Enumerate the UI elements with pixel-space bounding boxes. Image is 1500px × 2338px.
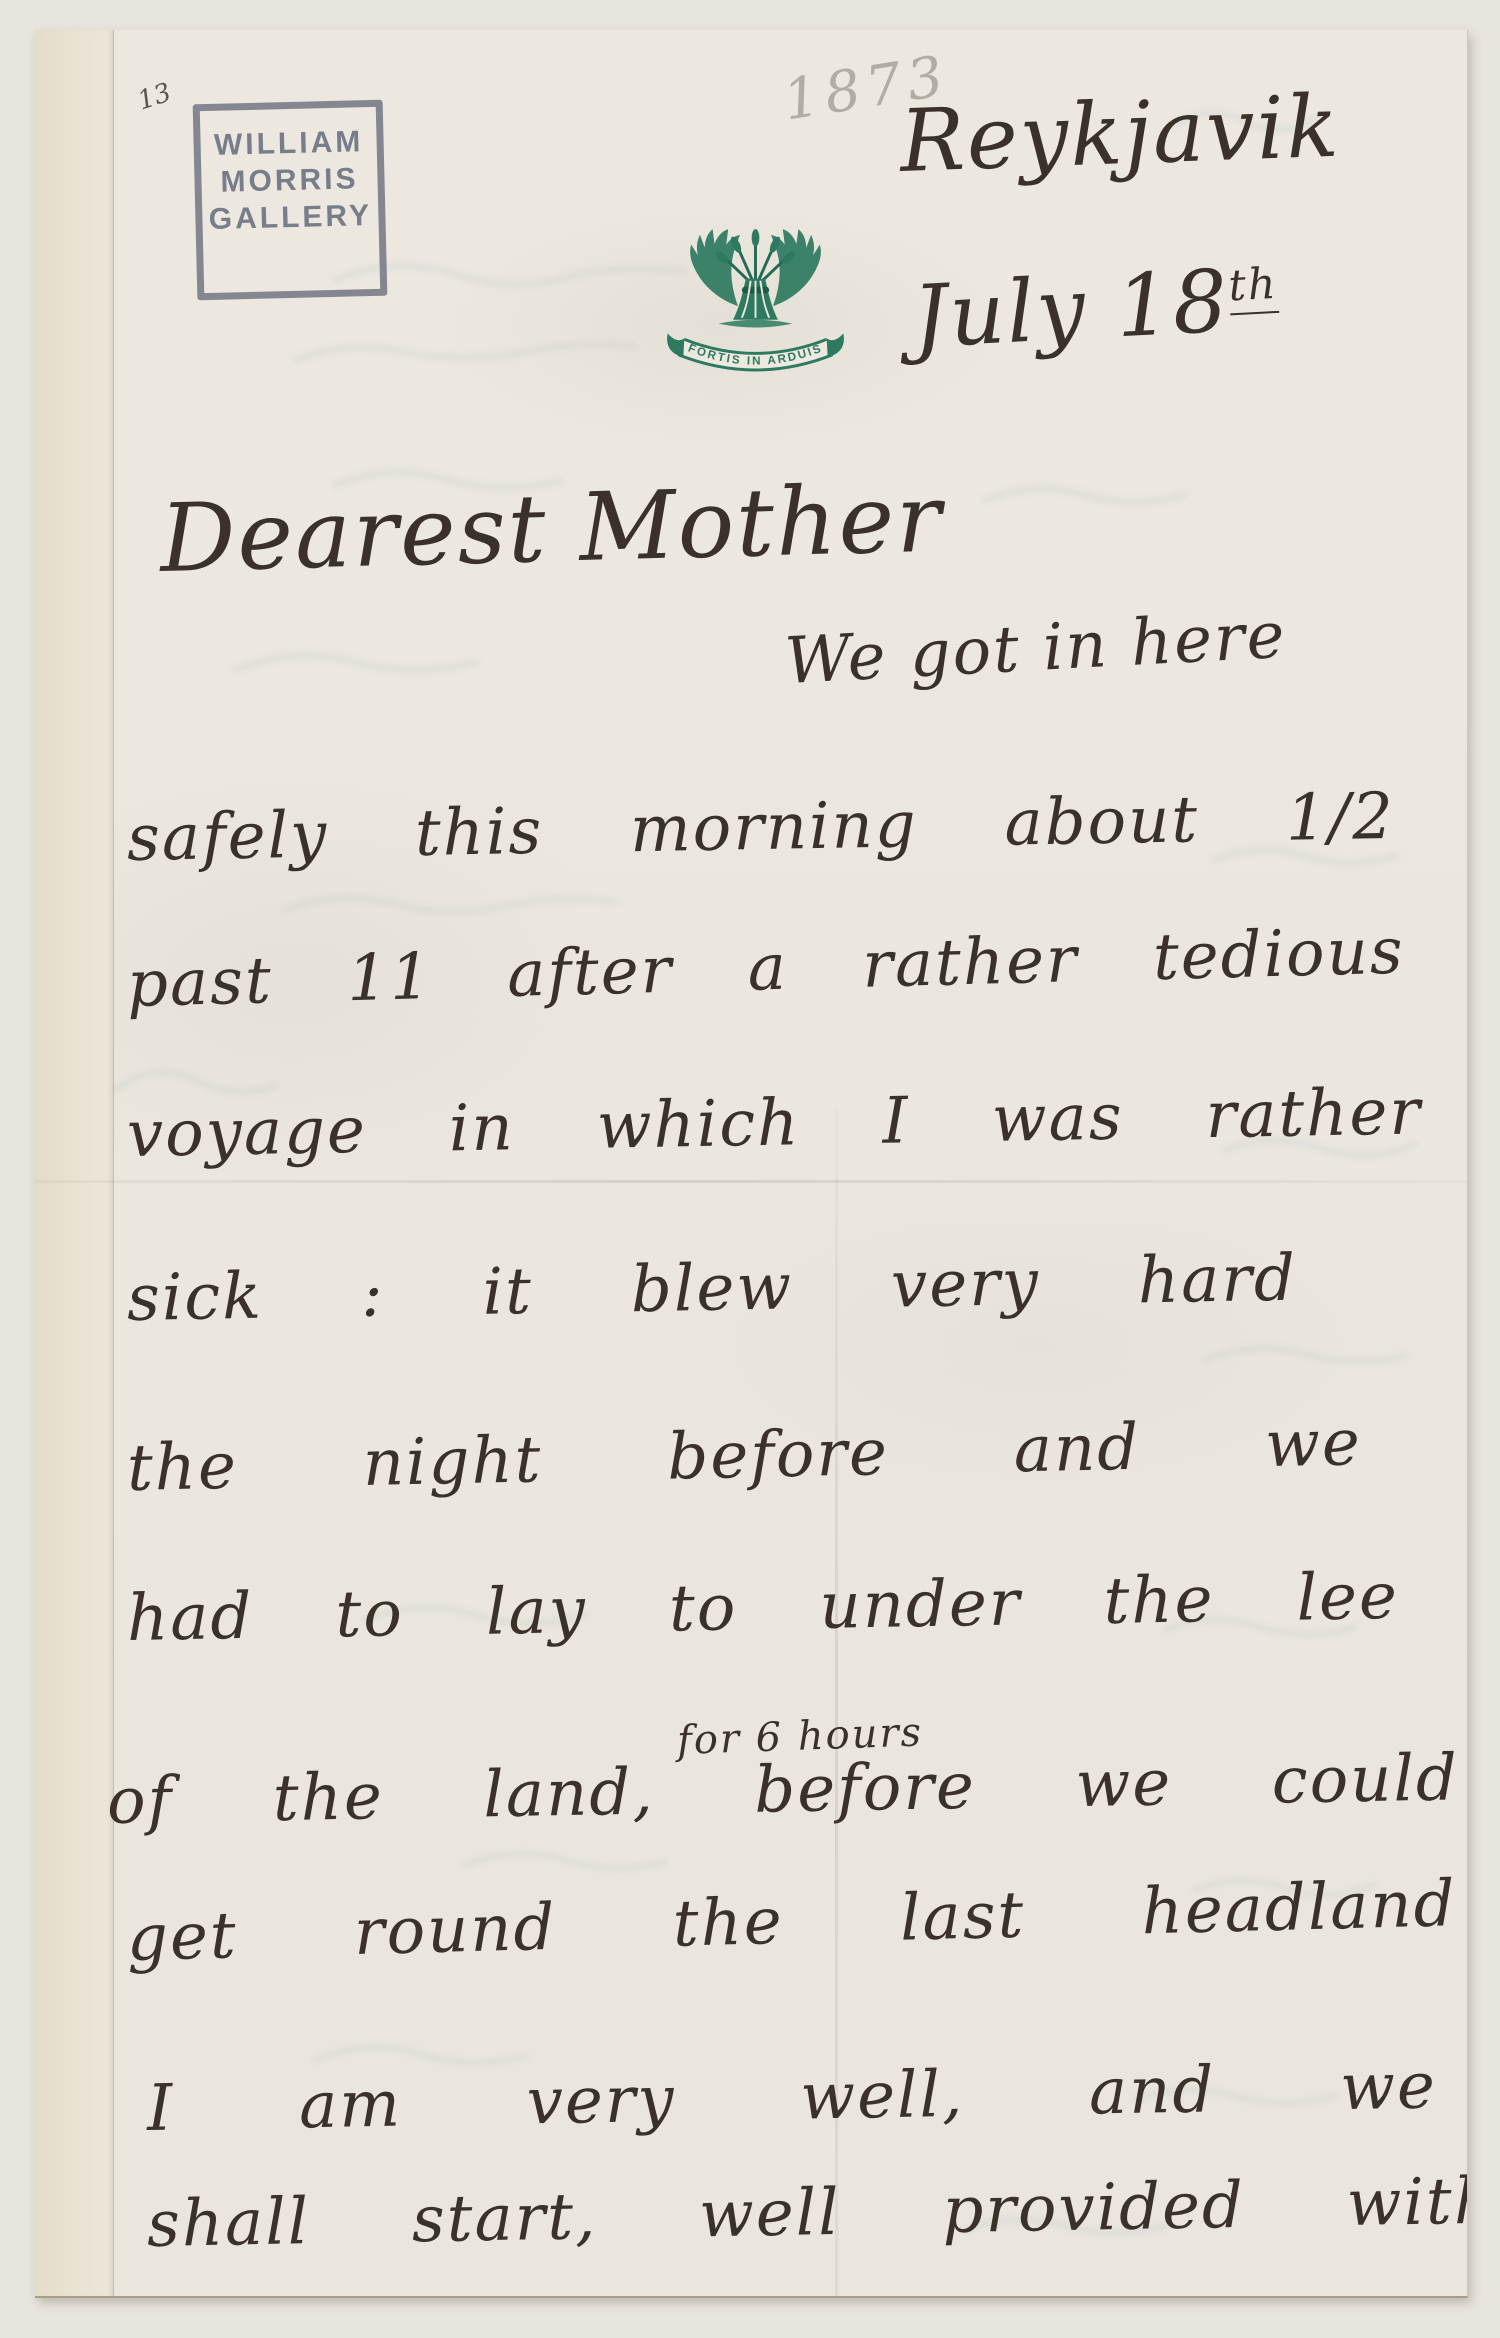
body-line: past 11 after a rather tedious [126, 915, 1405, 1022]
body-line: of the land, before we could [106, 1741, 1459, 1839]
stamp-line-1: WILLIAM [200, 123, 377, 164]
body-line: voyage in which I was rather [126, 1075, 1422, 1172]
body-line: had to lay to under the lee [126, 1560, 1399, 1656]
stamp-line-3: GALLERY [202, 197, 379, 238]
letter-page: 13 WILLIAM MORRIS GALLERY 1873 [35, 30, 1468, 2298]
crest-motto-ribbon: FORTIS IN ARDUIS [667, 333, 844, 367]
body-line: We got in here [783, 599, 1288, 699]
body-line: shall start, well provided with [146, 2164, 1468, 2262]
body-line: the night before and we [126, 1406, 1362, 1506]
place-line: Reykjavik [898, 77, 1342, 192]
date-ordinal: th [1227, 259, 1279, 315]
folio-number: 13 [134, 78, 175, 117]
letterhead-crest: FORTIS IN ARDUIS [658, 220, 853, 400]
stamp-line-2: MORRIS [201, 160, 378, 201]
body-line: I am very well, and we [146, 2049, 1437, 2146]
date-text: July 18 [910, 251, 1232, 367]
gallery-stamp: WILLIAM MORRIS GALLERY [193, 100, 388, 301]
body-line: sick : it blew very hard [126, 1242, 1297, 1336]
salutation: Dearest Mother [159, 465, 945, 594]
date-line: July 18th [910, 249, 1280, 368]
body-line: safely this morning about 1/2 [126, 780, 1395, 876]
scan-background: 13 WILLIAM MORRIS GALLERY 1873 [0, 0, 1500, 2338]
horizontal-crease [35, 1180, 1467, 1183]
left-fold-edge [35, 30, 114, 2296]
body-line: get round the last headland [126, 1867, 1457, 1976]
